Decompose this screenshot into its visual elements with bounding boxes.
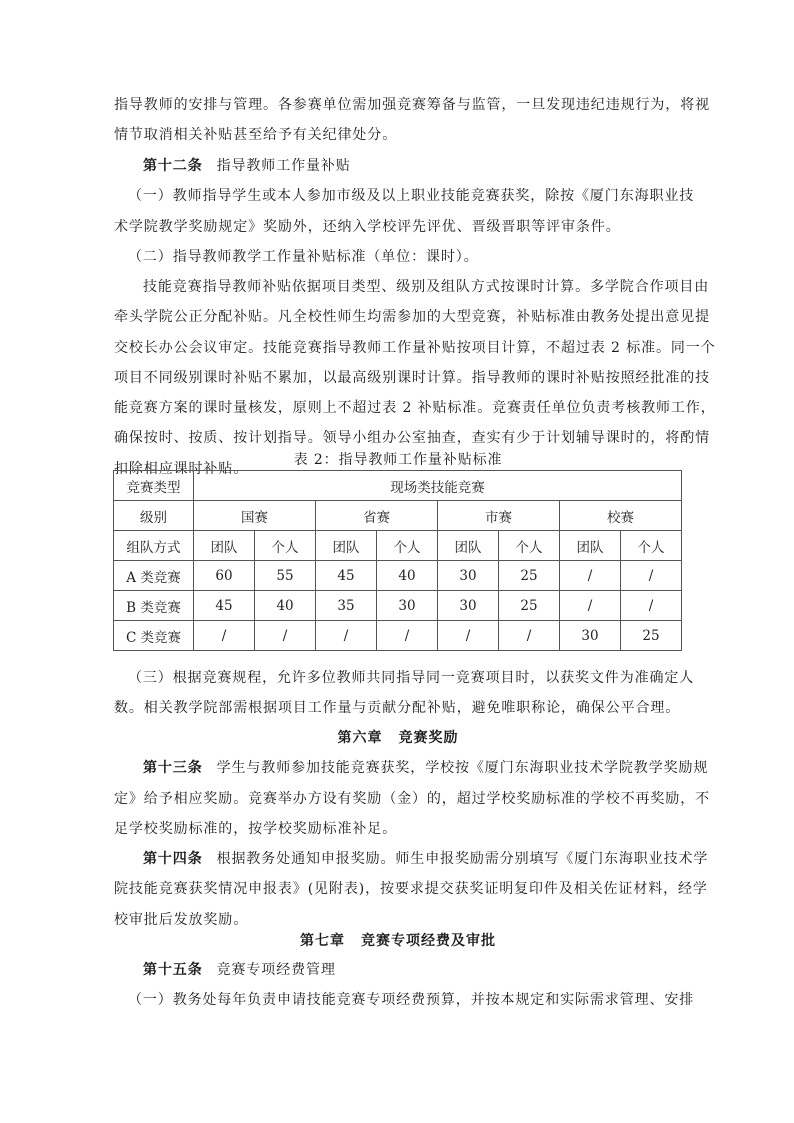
table-cell: /: [499, 621, 560, 651]
paragraph-line: 数。相关教学院部需根据项目工作量与贡献分配补贴，避免唯职称论，确保公平合理。: [114, 698, 682, 718]
table-cell: 45: [194, 591, 255, 621]
paragraph-line: （二）指导教师教学工作量补贴标准（单位：课时）。: [128, 247, 683, 267]
table-cell: /: [255, 621, 316, 651]
table-cell: 25: [499, 591, 560, 621]
paragraph-line: 牵头学院公正分配补贴。凡全校性师生均需参加的大型竞赛，补贴标准由教务处提出意见提: [114, 307, 682, 327]
paragraph-line: （三）根据竞赛规程，允许多位教师共同指导同一竞赛项目时，以获奖文件为准确定人: [128, 668, 683, 688]
table-cell: 团队: [316, 531, 377, 561]
paragraph-line: 交校长办公会议审定。技能竞赛指导教师工作量补贴按项目计算，不超过表 2 标准。同…: [114, 338, 682, 358]
article-15-title: 第十五条: [143, 962, 203, 978]
table-cell: 25: [499, 561, 560, 591]
table-cell: /: [316, 621, 377, 651]
row-header: A 类竞赛: [114, 561, 194, 591]
article-14-line: 第十四条根据教务处通知申报奖励。师生申报奖励需分别填写《厦门东海职业技术学: [143, 849, 683, 869]
table-cell: 40: [377, 561, 438, 591]
table-row-competition-type: 竞赛类型 现场类技能竞赛: [114, 471, 682, 501]
table-cell: 25: [621, 621, 682, 651]
table-cell: 国赛: [194, 501, 316, 531]
table-cell: 30: [438, 561, 499, 591]
table-cell: 40: [255, 591, 316, 621]
article-13-title: 第十三条: [143, 760, 203, 776]
table-cell: 30: [560, 621, 621, 651]
table-cell: 团队: [194, 531, 255, 561]
table-cell: 35: [316, 591, 377, 621]
article-15-subject: 竞赛专项经费管理: [217, 962, 336, 978]
table-cell: 30: [438, 591, 499, 621]
article-12-title: 第十二条: [143, 158, 203, 174]
table-row-class-b: B 类竞赛 45 40 35 30 30 25 / /: [114, 591, 682, 621]
paragraph-line: 足学校奖励标准的，按学校奖励标准补足。: [114, 819, 682, 839]
row-header: 级别: [114, 501, 194, 531]
paragraph-line: 技能竞赛指导教师补贴依据项目类型、级别及组队方式按课时计算。多学院合作项目由: [143, 277, 683, 297]
table-cell: 个人: [621, 531, 682, 561]
chapter-number: 第六章: [338, 730, 383, 746]
paragraph-line: 术学院教学奖励规定》奖励外，还纳入学校评先评优、晋级晋职等评审条件。: [114, 217, 682, 237]
paragraph-line: 定》给予相应奖励。竞赛举办方设有奖励（金）的，超过学校奖励标准的学校不再奖励，不: [114, 789, 682, 809]
paragraph-line: 院技能竞赛获奖情况申报表》(见附表)，按要求提交获奖证明复印件及相关佐证材料，经…: [114, 879, 682, 899]
table-cell: /: [621, 561, 682, 591]
row-header: C 类竞赛: [114, 621, 194, 651]
table-row-class-a: A 类竞赛 60 55 45 40 30 25 / /: [114, 561, 682, 591]
table-caption: 表 2：指导教师工作量补贴标准: [114, 450, 682, 470]
subsidy-standard-table: 竞赛类型 现场类技能竞赛 级别 国赛 省赛 市赛 校赛 组队方式 团队 个人 团…: [113, 470, 682, 651]
article-14-title: 第十四条: [143, 851, 203, 867]
table-cell: 30: [377, 591, 438, 621]
table-row-class-c: C 类竞赛 / / / / / / 30 25: [114, 621, 682, 651]
paragraph-line: （一）教师指导学生或本人参加市级及以上职业技能竞赛获奖，除按《厦门东海职业技: [128, 186, 683, 206]
paragraph-line: 指导教师的安排与管理。各参赛单位需加强竞赛筹备与监管，一旦发现违纪违规行为，将视: [114, 95, 682, 115]
table-cell: /: [560, 591, 621, 621]
table-cell: /: [621, 591, 682, 621]
table-cell: 市赛: [438, 501, 560, 531]
chapter-title: 竞赛专项经费及审批: [361, 933, 496, 949]
table-cell: 55: [255, 561, 316, 591]
row-header: 竞赛类型: [114, 471, 194, 501]
paragraph-line: （一）教务处每年负责申请技能竞赛专项经费预算，并按本规定和实际需求管理、安排: [128, 990, 683, 1010]
table-cell: 校赛: [560, 501, 682, 531]
table-cell: /: [377, 621, 438, 651]
table-cell: 个人: [377, 531, 438, 561]
row-header: B 类竞赛: [114, 591, 194, 621]
row-header: 组队方式: [114, 531, 194, 561]
table-cell: 团队: [560, 531, 621, 561]
chapter-title: 竞赛奖励: [399, 730, 459, 746]
paragraph-line: 能竞赛方案的课时量核发，原则上不超过表 2 补贴标准。竞赛责任单位负责考核教师工…: [114, 398, 682, 418]
article-15-heading: 第十五条竞赛专项经费管理: [143, 960, 683, 980]
chapter-number: 第七章: [300, 933, 345, 949]
document-page: 指导教师的安排与管理。各参赛单位需加强竞赛筹备与监管，一旦发现违纪违规行为，将视…: [0, 0, 794, 1123]
article-12-heading: 第十二条指导教师工作量补贴: [143, 156, 683, 176]
paragraph-line: 确保按时、按质、按计划指导。领导小组办公室抽查，查实有少于计划辅导课时的，将酌情: [114, 428, 682, 448]
paragraph-line: 项目不同级别课时补贴不累加，以最高级别课时计算。指导教师的课时补贴按照经批准的技: [114, 368, 682, 388]
chapter-6-heading: 第六章竞赛奖励: [114, 728, 682, 748]
table-cell: /: [560, 561, 621, 591]
article-12-subject: 指导教师工作量补贴: [217, 158, 351, 174]
article-13-line: 第十三条学生与教师参加技能竞赛获奖，学校按《厦门东海职业技术学院教学奖励规: [143, 758, 683, 778]
table-cell: 现场类技能竞赛: [194, 471, 682, 501]
paragraph-line: 情节取消相关补贴甚至给予有关纪律处分。: [114, 125, 682, 145]
table-cell: /: [438, 621, 499, 651]
table-cell: 45: [316, 561, 377, 591]
table-row-level: 级别 国赛 省赛 市赛 校赛: [114, 501, 682, 531]
table-cell: 60: [194, 561, 255, 591]
chapter-7-heading: 第七章竞赛专项经费及审批: [114, 931, 682, 951]
table-cell: /: [194, 621, 255, 651]
table-cell: 个人: [499, 531, 560, 561]
table-cell: 省赛: [316, 501, 438, 531]
table-cell: 团队: [438, 531, 499, 561]
table-cell: 个人: [255, 531, 316, 561]
table-row-team-mode: 组队方式 团队 个人 团队 个人 团队 个人 团队 个人: [114, 531, 682, 561]
paragraph-line: 校审批后发放奖励。: [114, 910, 682, 930]
